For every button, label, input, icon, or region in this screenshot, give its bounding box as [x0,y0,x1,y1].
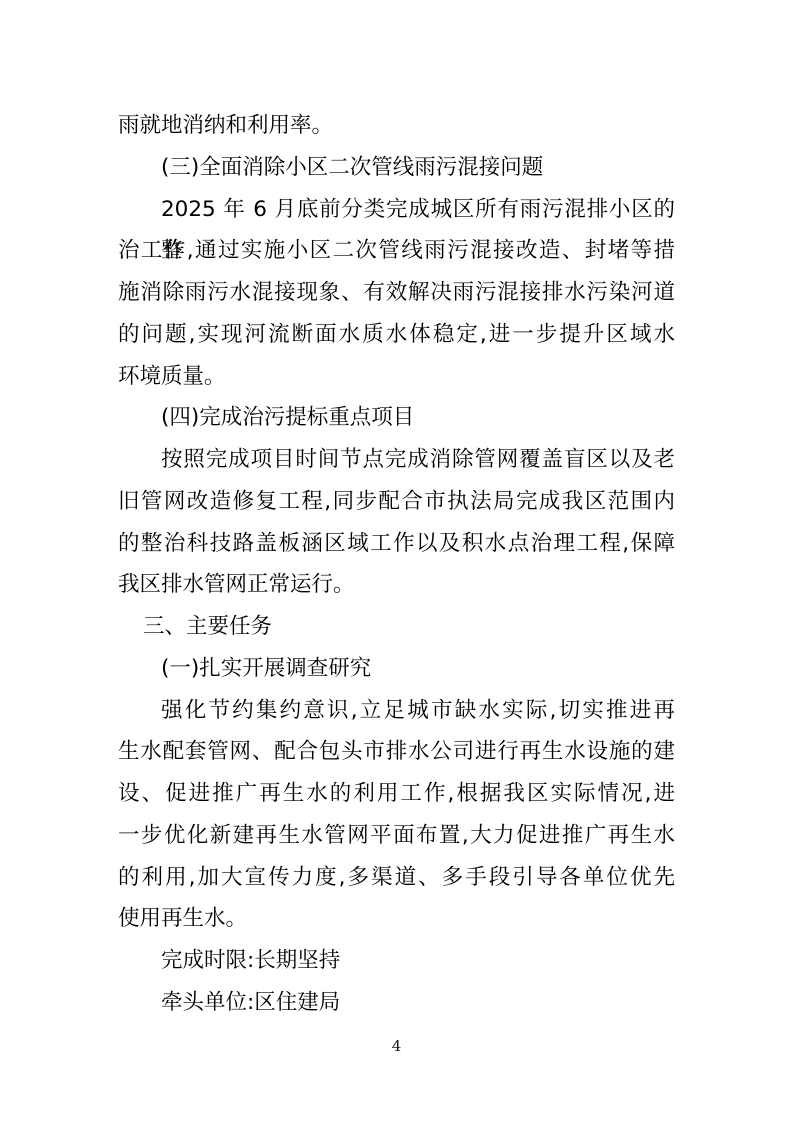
body-line: 设、促进推广再生水的利用工作,根据我区实际情况,进 [118,773,675,815]
field-completion-deadline: 完成时限:长期坚持 [118,940,675,982]
page-footer: 4 [0,1036,793,1055]
section-heading: 三、主要任务 [118,606,675,648]
body-line: 的整治科技路盖板涵区域工作以及积水点治理工程,保障 [118,523,675,565]
page-number: 4 [392,1037,402,1055]
field-lead-unit: 牵头单位:区住建局 [118,982,675,1024]
body-line: 治工作,通过实施小区二次管线雨污混接改造、封堵等措 [118,230,675,272]
body-line: 旧管网改造修复工程,同步配合市执法局完成我区范围内 [118,481,675,523]
body-line: 按照完成项目时间节点完成消除管网覆盖盲区以及老 [118,439,675,481]
subsection-heading: (四)完成治污提标重点项目 [118,397,675,439]
document-page: 雨就地消纳和利用率。(三)全面消除小区二次管线雨污混接问题2025 年 6 月底… [0,0,793,1122]
body-line: 我区排水管网正常运行。 [118,564,675,606]
body-line: 使用再生水。 [118,898,675,940]
body-line: 雨就地消纳和利用率。 [118,105,675,147]
body-line: 的问题,实现河流断面水质水体稳定,进一步提升区域水 [118,314,675,356]
body-line: 施消除雨污水混接现象、有效解决雨污混接排水污染河道 [118,272,675,314]
body-line: 环境质量。 [118,356,675,398]
subsection-heading: (一)扎实开展调查研究 [118,648,675,690]
body-line: 的利用,加大宣传力度,多渠道、多手段引导各单位优先 [118,857,675,899]
body-line: 2025 年 6 月底前分类完成城区所有雨污混排小区的整 [118,189,675,231]
body-line: 强化节约集约意识,立足城市缺水实际,切实推进再 [118,690,675,732]
document-content: 雨就地消纳和利用率。(三)全面消除小区二次管线雨污混接问题2025 年 6 月底… [118,105,675,1024]
subsection-heading: (三)全面消除小区二次管线雨污混接问题 [118,147,675,189]
body-line: 一步优化新建再生水管网平面布置,大力促进推广再生水 [118,815,675,857]
body-line: 生水配套管网、配合包头市排水公司进行再生水设施的建 [118,731,675,773]
